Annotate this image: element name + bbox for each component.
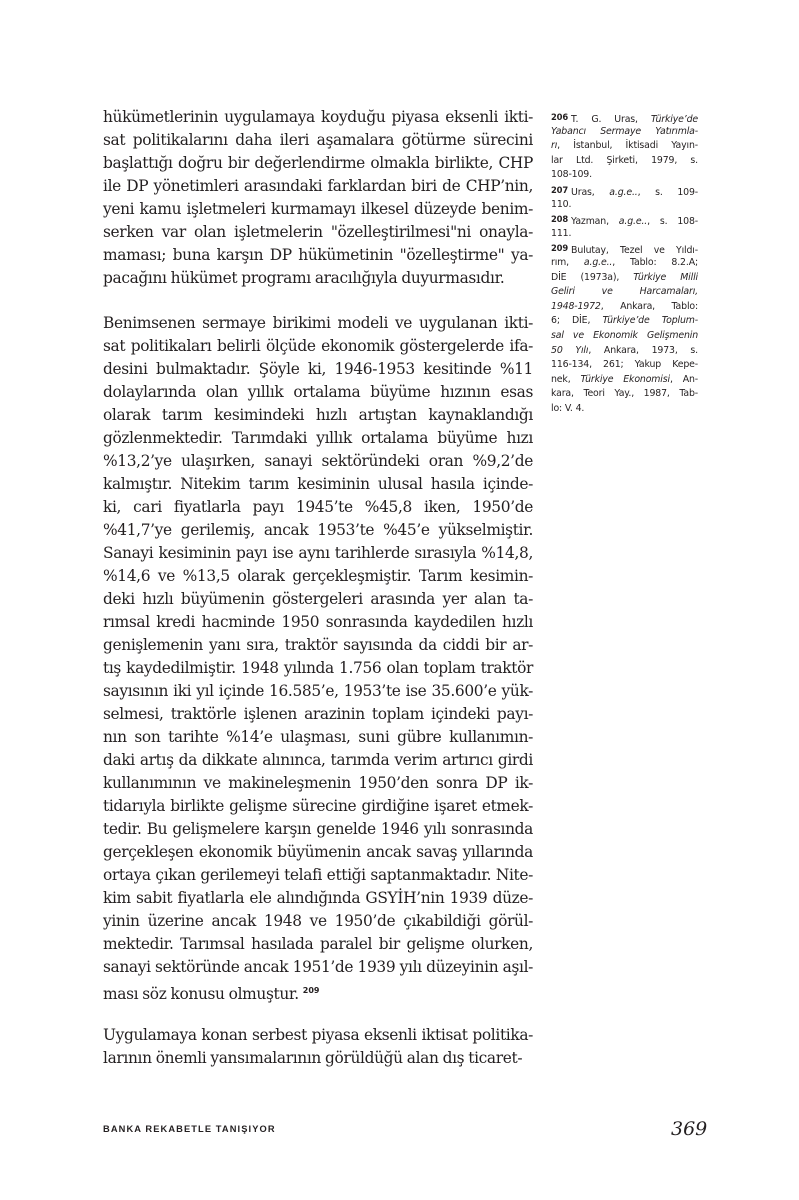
- footnote-line: 111.: [551, 227, 698, 242]
- footnote-line: sal ve Ekonomik Gelişmenin: [551, 329, 698, 344]
- text-line-content: tış kaydedilmiştir. 1948 yılında 1.756 o…: [103, 659, 533, 677]
- footnote-line: rı, İstanbul, İktisadi Yayın-: [551, 139, 698, 154]
- footnote-italic-text: Türkiye Ekonomisi: [580, 374, 669, 385]
- footnote-line: Yabancı Sermaye Yatırımla-: [551, 125, 698, 140]
- footnote-text: , s. 109-: [638, 187, 698, 198]
- text-line-content: gerçekleşen ekonomik büyümenin ancak sav…: [103, 843, 533, 861]
- text-line: maması; buna karşın DP hükümetinin "özel…: [103, 244, 533, 267]
- text-line: %13,2’ye ulaşırken, sanayi sektöründeki …: [103, 450, 533, 473]
- footnote-italic-text: Türkiye Milli: [633, 272, 698, 283]
- footnote-line: nek, Türkiye Ekonomisi, An-: [551, 373, 698, 388]
- footnote-line: DİE (1973a), Türkiye Milli: [551, 271, 698, 286]
- text-line-content: başlattığı doğru bir değerlendirme olmak…: [103, 154, 533, 172]
- footnote-italic-text: sal ve Ekonomik Gelişmenin: [551, 330, 698, 341]
- footnote-line: 209Bulutay, Tezel ve Yıldı-: [551, 241, 698, 256]
- footnote-line: kara, Teori Yay., 1987, Tab-: [551, 387, 698, 402]
- text-line: ortaya çıkan gerilemeyi telafi ettiği sa…: [103, 864, 533, 887]
- footnote-line: lar Ltd. Şirketi, 1979, s.: [551, 154, 698, 169]
- text-line: Uygulamaya konan serbest piyasa eksenli …: [103, 1024, 533, 1047]
- text-line: ile DP yönetimleri arasındaki farklardan…: [103, 175, 533, 198]
- text-line-content: yinin üzerine ancak 1948 ve 1950’de çıka…: [103, 912, 533, 930]
- text-line: larının önemli yansımalarının görüldüğü …: [103, 1047, 533, 1070]
- footnote-207: 207Uras, a.g.e.., s. 109-110.: [551, 183, 698, 212]
- text-line-content: deki hızlı büyümenin göstergeleri arasın…: [103, 590, 533, 608]
- text-line-content: sat politikalarını daha ileri aşamalara …: [103, 131, 533, 149]
- footnote-number: 208: [551, 214, 568, 224]
- text-line-content: ması söz konusu olmuştur.: [103, 985, 299, 1003]
- text-line: gerçekleşen ekonomik büyümenin ancak sav…: [103, 841, 533, 864]
- text-line: Benimsenen sermaye birikimi modeli ve uy…: [103, 312, 533, 335]
- text-line-content: sat politikaları belirli ölçüde ekonomik…: [103, 337, 533, 355]
- text-line: deki hızlı büyümenin göstergeleri arasın…: [103, 588, 533, 611]
- text-line: ması söz konusu olmuştur.209: [103, 979, 533, 1002]
- footnote-line: 108-109.: [551, 168, 698, 183]
- footnote-italic-text: a.g.e..: [609, 187, 637, 198]
- footnote-italic-text: Türkiye’de: [651, 114, 698, 125]
- text-line: olarak tarım kesimindeki hızlı artıştan …: [103, 404, 533, 427]
- text-line-content: %41,7’ye gerilemiş, ancak 1953’te %45’e …: [103, 521, 533, 539]
- text-line-content: %14,6 ve %13,5 olarak gerçekleşmiştir. T…: [103, 567, 533, 585]
- text-line: nın son tarihte %14’e ulaşması, suni güb…: [103, 726, 533, 749]
- footnote-line: 206T. G. Uras, Türkiye’de: [551, 110, 698, 125]
- text-line: sayısının iki yıl içinde 16.585’e, 1953’…: [103, 680, 533, 703]
- text-line: yinin üzerine ancak 1948 ve 1950’de çıka…: [103, 910, 533, 933]
- page-number: 369: [671, 1118, 707, 1140]
- footnote-line: 50 Yılı, Ankara, 1973, s.: [551, 344, 698, 359]
- text-line-content: tedir. Bu gelişmelere karşın genelde 194…: [103, 820, 533, 838]
- text-line-content: Sanayi kesiminin payı ise aynı tarihlerd…: [103, 544, 533, 562]
- running-footer-title: BANKA REKABETLE TANIŞIYOR: [103, 1124, 276, 1134]
- footnote-line: 207Uras, a.g.e.., s. 109-: [551, 183, 698, 198]
- footnote-number: 206: [551, 112, 568, 122]
- footnote-text: , Ankara, Tablo:: [601, 301, 698, 312]
- footnote-italic-text: Yabancı Sermaye Yatırımla-: [551, 126, 698, 137]
- text-line: sat politikaları belirli ölçüde ekonomik…: [103, 335, 533, 358]
- text-line-content: rımsal kredi hacminde 1950 sonrasında ka…: [103, 613, 533, 631]
- footnote-line: 6; DİE, Türkiye’de Toplum-: [551, 314, 698, 329]
- body-paragraph: hükümetlerinin uygulamaya koyduğu piyasa…: [103, 106, 533, 290]
- text-line-content: Uygulamaya konan serbest piyasa eksenli …: [103, 1026, 533, 1044]
- text-line: hükümetlerinin uygulamaya koyduğu piyasa…: [103, 106, 533, 129]
- text-line-content: pacağını hükümet programı aracılığıyla d…: [103, 269, 504, 287]
- footnote-text: 108-109.: [551, 169, 592, 180]
- text-line-content: sayısının iki yıl içinde 16.585’e, 1953’…: [103, 682, 533, 700]
- text-line: Sanayi kesiminin payı ise aynı tarihlerd…: [103, 542, 533, 565]
- text-line-content: yeni kamu işletmeleri kurmamayı ilkesel …: [103, 200, 533, 218]
- text-line: kalmıştır. Nitekim tarım kesiminin ulusa…: [103, 473, 533, 496]
- footnote-text: , Ankara, 1973, s.: [588, 345, 698, 356]
- footnote-text: rım,: [551, 257, 584, 268]
- footnote-text: nek,: [551, 374, 580, 385]
- text-line: tış kaydedilmiştir. 1948 yılında 1.756 o…: [103, 657, 533, 680]
- footnote-text: , Tablo: 8.2.A;: [612, 257, 698, 268]
- text-line: %41,7’ye gerilemiş, ancak 1953’te %45’e …: [103, 519, 533, 542]
- text-line-content: olarak tarım kesimindeki hızlı artıştan …: [103, 406, 533, 424]
- text-line-content: desini bulmaktadır. Şöyle ki, 1946-1953 …: [103, 360, 533, 378]
- text-line: selmesi, traktörle işlenen arazinin topl…: [103, 703, 533, 726]
- footnote-line: 110.: [551, 198, 698, 213]
- footnotes-column: 206T. G. Uras, Türkiye’deYabancı Sermaye…: [551, 110, 698, 416]
- text-line: gözlenmektedir. Tarımdaki yıllık ortalam…: [103, 427, 533, 450]
- text-line-content: genişlemenin yanı sıra, traktör sayısınd…: [103, 636, 533, 654]
- footnote-text: lo: V. 4.: [551, 403, 584, 414]
- text-line: desini bulmaktadır. Şöyle ki, 1946-1953 …: [103, 358, 533, 381]
- text-line-content: %13,2’ye ulaşırken, sanayi sektöründeki …: [103, 452, 533, 470]
- text-line: rımsal kredi hacminde 1950 sonrasında ka…: [103, 611, 533, 634]
- footnote-line: 116-134, 261; Yakup Kepe-: [551, 358, 698, 373]
- footnote-206: 206T. G. Uras, Türkiye’deYabancı Sermaye…: [551, 110, 698, 183]
- footnote-text: , s. 108-: [647, 216, 698, 227]
- text-line-content: ortaya çıkan gerilemeyi telafi ettiği sa…: [103, 866, 533, 884]
- footnote-text: Uras,: [571, 187, 609, 198]
- footnote-line: 208Yazman, a.g.e.., s. 108-: [551, 212, 698, 227]
- text-line-content: larının önemli yansımalarının görüldüğü …: [103, 1049, 522, 1067]
- footnote-italic-text: a.g.e..: [584, 257, 612, 268]
- footnote-italic-text: Türkiye’de Toplum-: [602, 315, 698, 326]
- text-line-content: tidarıyla birlikte gelişme sürecine gird…: [103, 797, 533, 815]
- body-paragraph: Benimsenen sermaye birikimi modeli ve uy…: [103, 312, 533, 1002]
- footnote-number: 209: [551, 243, 568, 253]
- text-line-content: maması; buna karşın DP hükümetinin "özel…: [103, 246, 533, 264]
- footnote-text: , An-: [670, 374, 698, 385]
- footnote-text: 6; DİE,: [551, 315, 602, 326]
- footnote-line: Geliri ve Harcamaları,: [551, 285, 698, 300]
- text-line: sanayi sektöründe ancak 1951’de 1939 yıl…: [103, 956, 533, 979]
- main-text-column: hükümetlerinin uygulamaya koyduğu piyasa…: [103, 106, 533, 1092]
- text-line: tidarıyla birlikte gelişme sürecine gird…: [103, 795, 533, 818]
- text-line-content: hükümetlerinin uygulamaya koyduğu piyasa…: [103, 108, 533, 126]
- text-line-content: selmesi, traktörle işlenen arazinin topl…: [103, 705, 533, 723]
- text-line-content: dolaylarında olan yıllık ortalama büyüme…: [103, 383, 533, 401]
- text-line-content: kalmıştır. Nitekim tarım kesiminin ulusa…: [103, 475, 533, 493]
- footnote-209: 209Bulutay, Tezel ve Yıldı-rım, a.g.e..,…: [551, 241, 698, 416]
- text-line-content: ki, cari fiyatlarla payı 1945’te %45,8 i…: [103, 498, 533, 516]
- footnote-text: Yazman,: [571, 216, 619, 227]
- text-line: daki artış da dikkate alınınca, tarımda …: [103, 749, 533, 772]
- text-line-content: gözlenmektedir. Tarımdaki yıllık ortalam…: [103, 429, 533, 447]
- footnote-text: 111.: [551, 228, 571, 239]
- footnote-italic-text: Geliri ve Harcamaları,: [551, 286, 698, 297]
- footnote-208: 208Yazman, a.g.e.., s. 108-111.: [551, 212, 698, 241]
- text-line: sat politikalarını daha ileri aşamalara …: [103, 129, 533, 152]
- footnote-text: DİE (1973a),: [551, 272, 633, 283]
- footnote-text: lar Ltd. Şirketi, 1979, s.: [551, 155, 698, 166]
- text-line: pacağını hükümet programı aracılığıyla d…: [103, 267, 533, 290]
- text-line: serken var olan işletmelerin "özelleştir…: [103, 221, 533, 244]
- text-line: ki, cari fiyatlarla payı 1945’te %45,8 i…: [103, 496, 533, 519]
- text-line-content: kullanımının ve makineleşmenin 1950’den …: [103, 774, 533, 792]
- footnote-text: , İstanbul, İktisadi Yayın-: [557, 140, 698, 151]
- footnote-reference[interactable]: 209: [303, 986, 320, 995]
- text-line: %14,6 ve %13,5 olarak gerçekleşmiştir. T…: [103, 565, 533, 588]
- text-line-content: serken var olan işletmelerin "özelleştir…: [103, 223, 533, 241]
- text-line-content: nın son tarihte %14’e ulaşması, suni güb…: [103, 728, 533, 746]
- footnote-text: 110.: [551, 199, 571, 210]
- text-line-content: mektedir. Tarımsal hasılada paralel bir …: [103, 935, 533, 953]
- footnote-text: kara, Teori Yay., 1987, Tab-: [551, 388, 698, 399]
- text-line: genişlemenin yanı sıra, traktör sayısınd…: [103, 634, 533, 657]
- text-line-content: Benimsenen sermaye birikimi modeli ve uy…: [103, 314, 533, 332]
- footnote-text: 116-134, 261; Yakup Kepe-: [551, 359, 698, 370]
- text-line: kullanımının ve makineleşmenin 1950’den …: [103, 772, 533, 795]
- text-line: mektedir. Tarımsal hasılada paralel bir …: [103, 933, 533, 956]
- text-line: tedir. Bu gelişmelere karşın genelde 194…: [103, 818, 533, 841]
- footnote-line: 1948-1972, Ankara, Tablo:: [551, 300, 698, 315]
- footnote-text: Bulutay, Tezel ve Yıldı-: [571, 245, 698, 256]
- text-line: başlattığı doğru bir değerlendirme olmak…: [103, 152, 533, 175]
- footnote-italic-text: 1948-1972: [551, 301, 601, 312]
- footnote-text: T. G. Uras,: [571, 114, 651, 125]
- text-line-content: daki artış da dikkate alınınca, tarımda …: [103, 751, 533, 769]
- body-paragraph: Uygulamaya konan serbest piyasa eksenli …: [103, 1024, 533, 1070]
- text-line: dolaylarında olan yıllık ortalama büyüme…: [103, 381, 533, 404]
- footnote-line: rım, a.g.e.., Tablo: 8.2.A;: [551, 256, 698, 271]
- text-line-content: sanayi sektöründe ancak 1951’de 1939 yıl…: [103, 958, 533, 976]
- text-line: kim sabit fiyatlarla ele alındığında GSY…: [103, 887, 533, 910]
- footnote-line: lo: V. 4.: [551, 402, 698, 417]
- text-line: yeni kamu işletmeleri kurmamayı ilkesel …: [103, 198, 533, 221]
- footnote-italic-text: 50 Yılı: [551, 345, 588, 356]
- text-line-content: kim sabit fiyatlarla ele alındığında GSY…: [103, 889, 533, 907]
- footnote-number: 207: [551, 185, 568, 195]
- text-line-content: ile DP yönetimleri arasındaki farklardan…: [103, 177, 533, 195]
- footnote-italic-text: a.g.e..: [619, 216, 647, 227]
